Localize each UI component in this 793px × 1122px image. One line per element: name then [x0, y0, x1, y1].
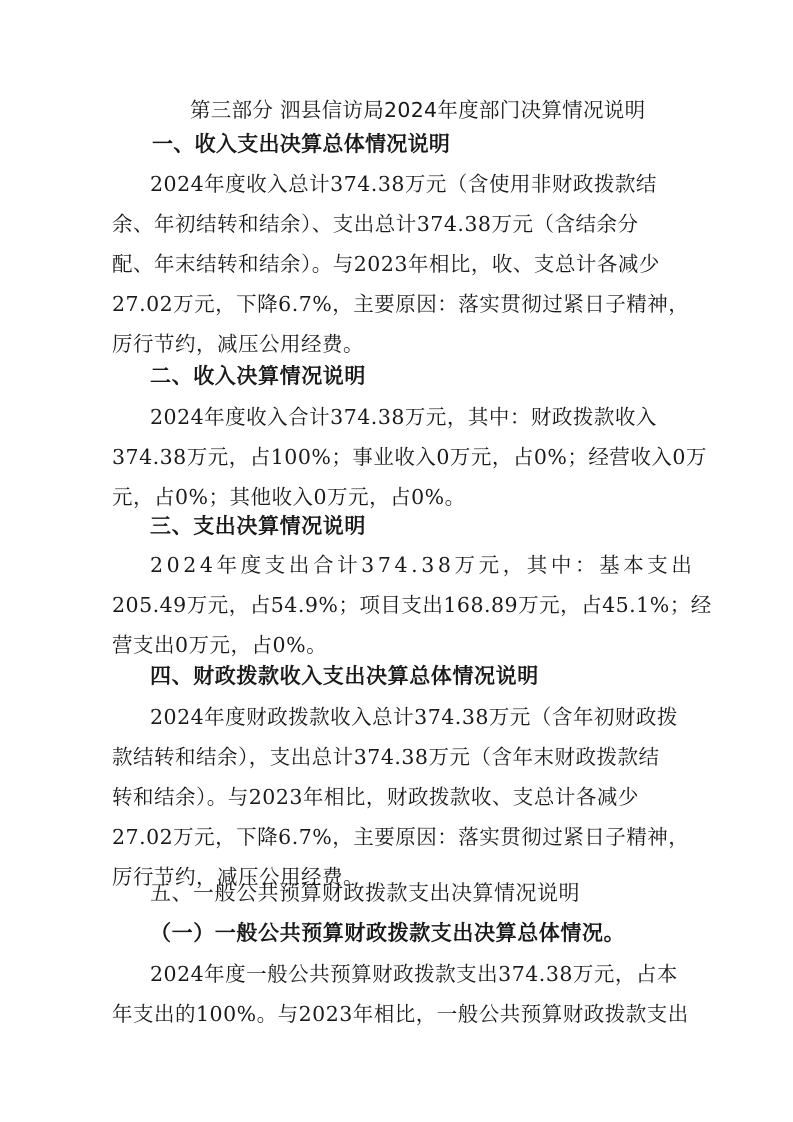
- page-title: 第三部分 泗县信访局2024年度部门决算情况说明: [190, 96, 645, 124]
- section-1-line-3: 配、年末结转和结余）。与2023年相比，收、支总计各减少: [112, 250, 660, 278]
- section-4-line-3: 转和结余）。与2023年相比，财政拨款收、支总计各减少: [112, 783, 639, 811]
- section-5-heading: 五、一般公共预算财政拨款支出决算情况说明: [150, 879, 580, 907]
- section-3-line-2: 205.49万元，占54.9%；项目支出168.89万元，占45.1%；经: [112, 591, 712, 619]
- section-1-line-1: 2024年度收入总计374.38万元（含使用非财政拨款结: [150, 170, 657, 198]
- document-page: 第三部分 泗县信访局2024年度部门决算情况说明 一、收入支出决算总体情况说明 …: [0, 0, 793, 1122]
- section-2-line-2: 374.38万元，占100%；事业收入0万元，占0%；经营收入0万: [112, 443, 707, 471]
- section-4-line-2: 款结转和结余），支出总计374.38万元（含年末财政拨款结: [112, 743, 659, 771]
- section-5-line-1: 2024年度一般公共预算财政拨款支出374.38万元，占本: [150, 960, 678, 988]
- section-1-line-4: 27.02万元，下降6.7%，主要原因：落实贯彻过紧日子精神，: [112, 290, 689, 318]
- section-2-heading: 二、收入决算情况说明: [150, 362, 366, 390]
- section-3-heading: 三、支出决算情况说明: [150, 512, 366, 540]
- section-5-subheading: （一）一般公共预算财政拨款支出决算总体情况。: [150, 919, 625, 947]
- section-4-heading: 四、财政拨款收入支出决算总体情况说明: [150, 662, 539, 690]
- section-2-line-3: 元，占0%；其他收入0万元，占0%。: [112, 483, 466, 511]
- section-4-line-4: 27.02万元，下降6.7%，主要原因：落实贯彻过紧日子精神，: [112, 823, 689, 851]
- section-1-line-2: 余、年初结转和结余）、支出总计374.38万元（含结余分: [112, 210, 638, 238]
- section-3-line-3: 营支出0万元，占0%。: [112, 631, 327, 659]
- section-1-heading: 一、收入支出决算总体情况说明: [152, 130, 450, 158]
- section-3-line-1: 2024年度支出合计374.38万元，其中：基本支出: [150, 551, 696, 579]
- section-4-line-1: 2024年度财政拨款收入总计374.38万元（含年初财政拨: [150, 703, 678, 731]
- section-5-line-2: 年支出的100%。与2023年相比，一般公共预算财政拨款支出: [112, 1000, 689, 1028]
- section-2-line-1: 2024年度收入合计374.38万元，其中：财政拨款收入: [150, 403, 657, 431]
- section-1-line-5: 厉行节约，减压公用经费。: [112, 330, 364, 358]
